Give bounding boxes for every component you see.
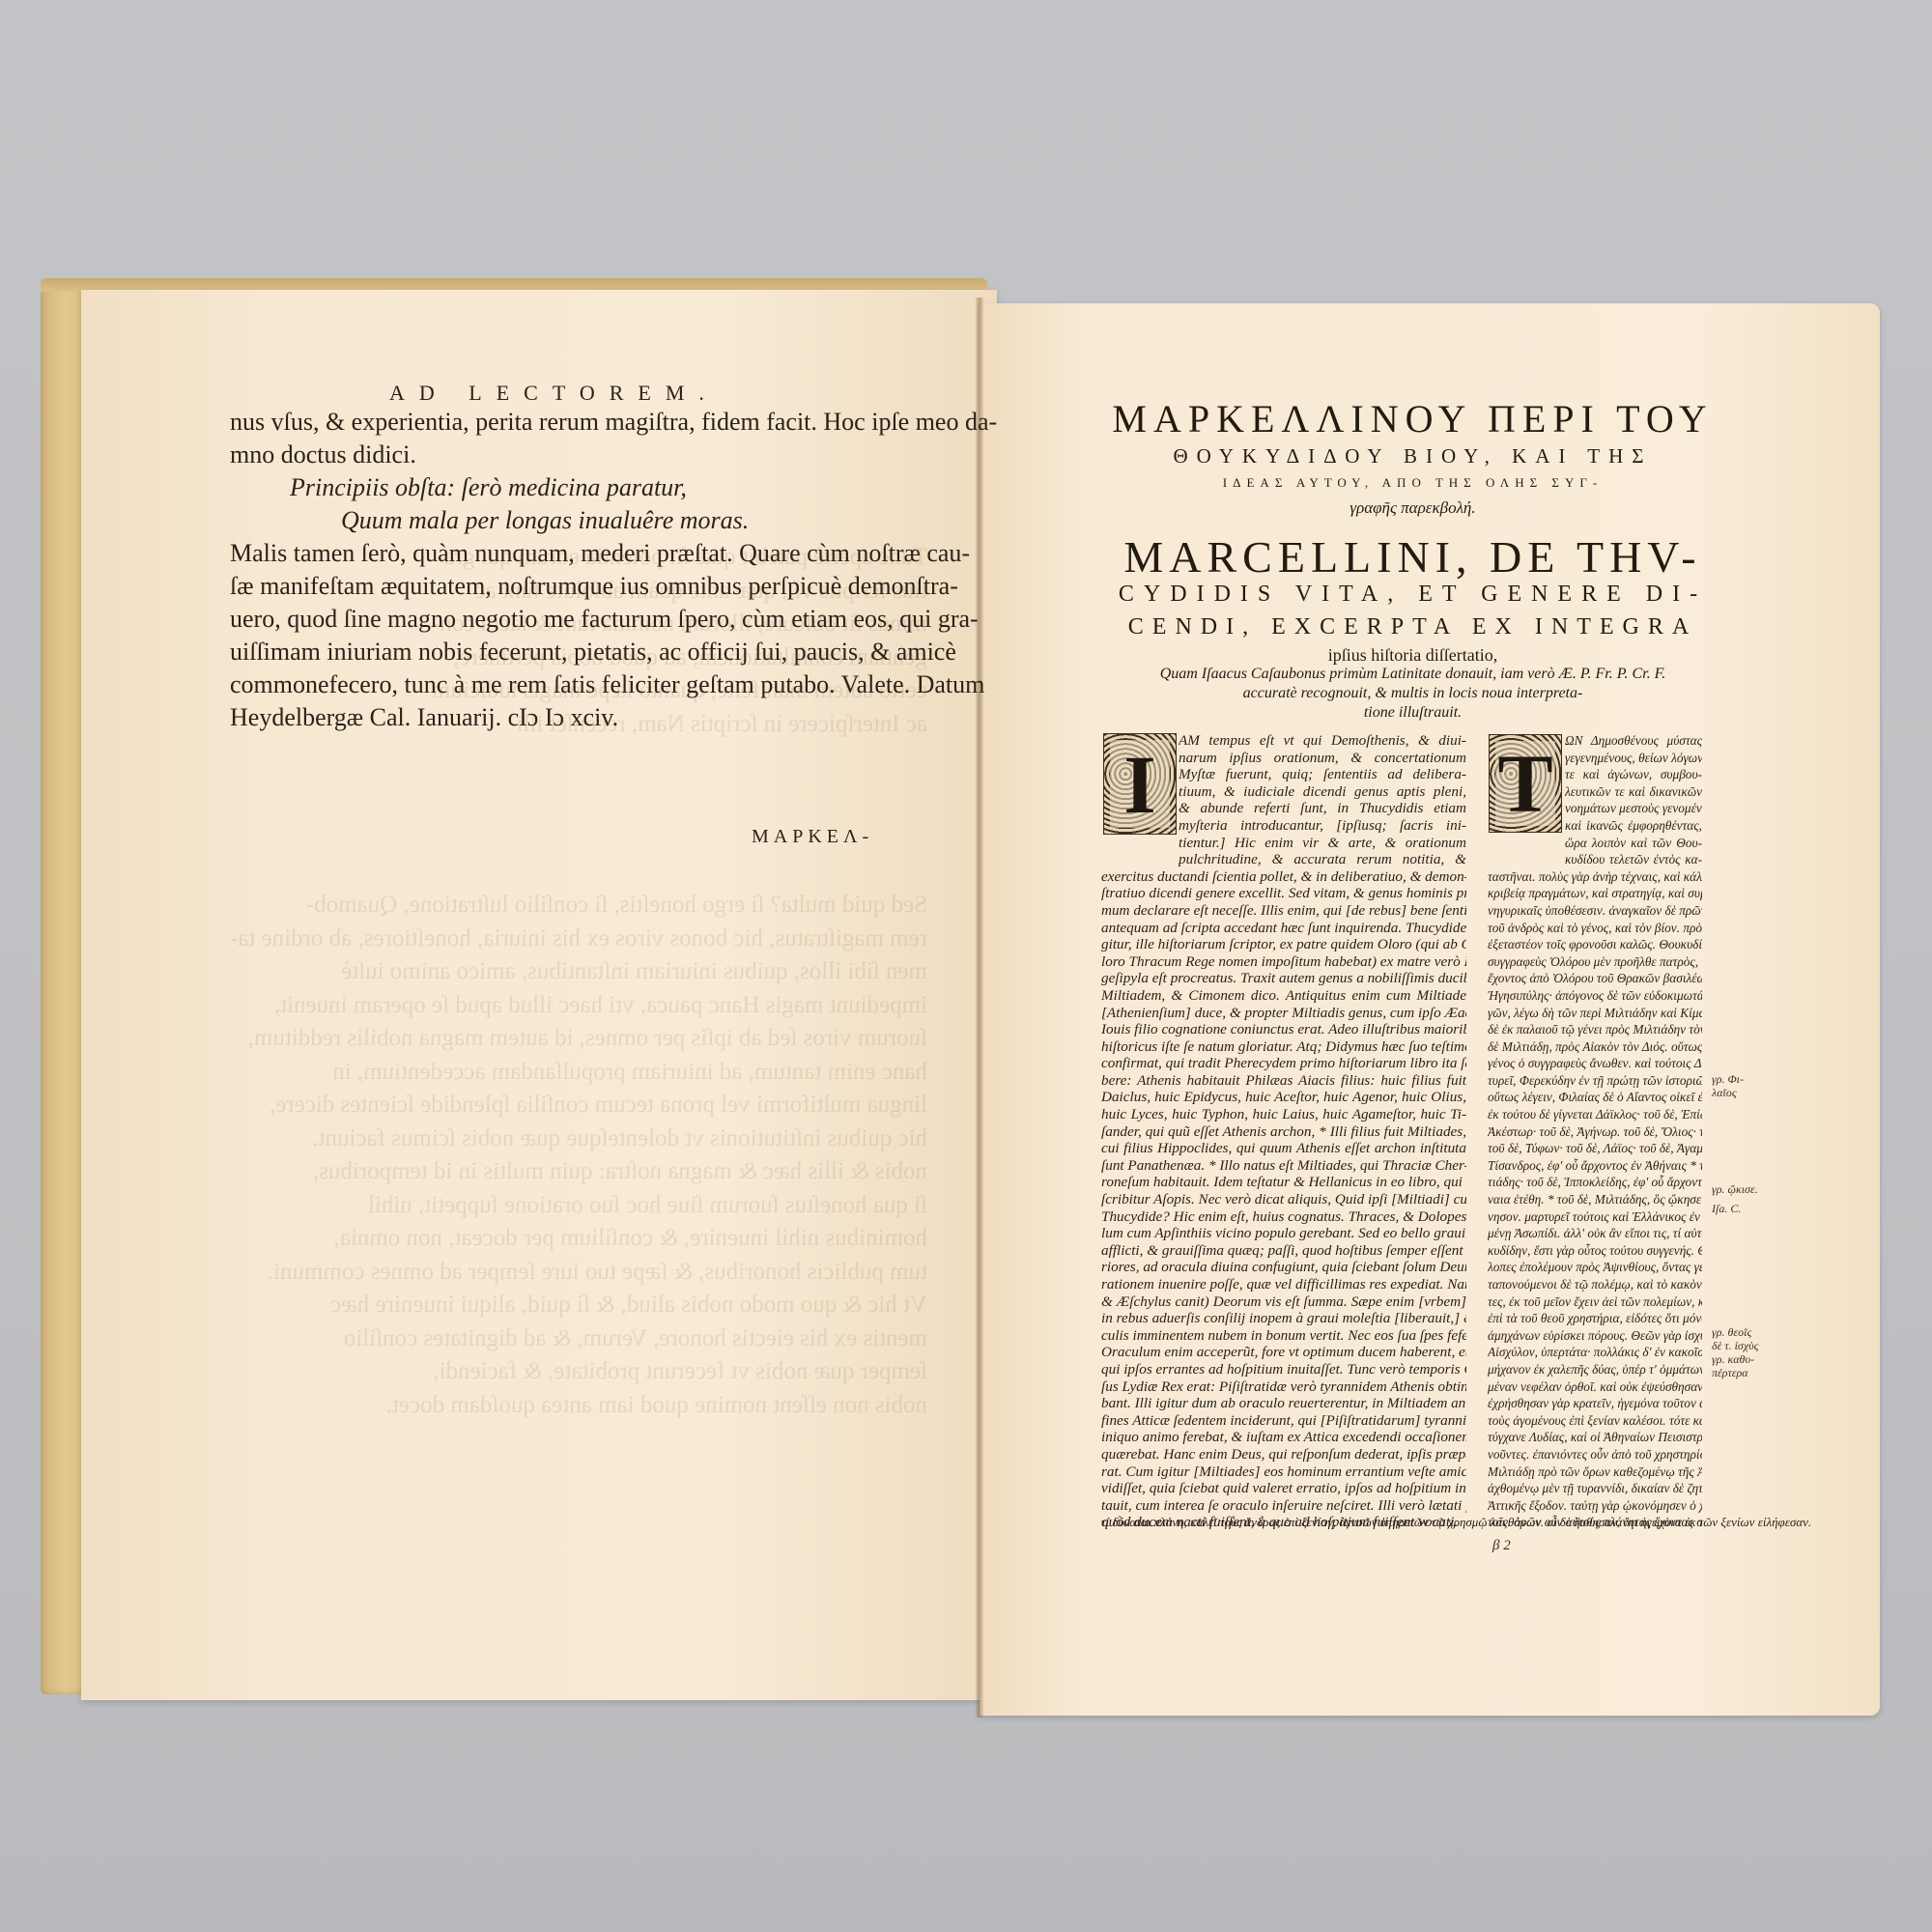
column-line: ſcribitur Aſopis. Nec verò dicat aliquis… [1101, 1191, 1466, 1208]
column-line: τιάδης· τοῦ δὲ, Ἱπποκλείδης, ἐφ' οὗ ἄρχο… [1488, 1174, 1702, 1191]
column-line: ſander, qui quũ eſſet Athenis archon, * … [1101, 1123, 1466, 1141]
column-line: μένῃ Ἀσωπίδι. ἀλλ' οὐκ ἂν εἴποι τις, τί … [1488, 1225, 1702, 1242]
column-line: Thucydide? Hic enim eſt, huius cognatus.… [1101, 1208, 1466, 1226]
column-line: Daiclus, huic Epidycus, huic Aceſtor, hu… [1101, 1089, 1466, 1106]
editor-note-line: tione illuſtrauit. [1111, 703, 1715, 723]
column-line: τοῦ δὲ, Τύφων· τοῦ δὲ, Λάϊος· τοῦ δὲ, Ἀγ… [1488, 1140, 1702, 1157]
greek-title-line-3: ΙΔΕΑΣ ΑΥΤΟΥ, ΑΠΟ ΤΗΣ ΟΛΗΣ ΣΥΓ- [1111, 475, 1715, 491]
column-line: ναια ἐτέθη. * τοῦ δὲ, Μιλτιάδης, ὃς ᾤκησ… [1488, 1191, 1702, 1208]
column-line: δὲ Μιλτιάδῃ, πρὸς Αἰακὸν τὸν Διός. οὕτως… [1488, 1038, 1702, 1056]
column-line: & Æſchylus canit) Deorum vis eſt ſumma. … [1101, 1293, 1466, 1311]
column-line: λοπες ἐπολέμουν πρὸς Ἀψινθίους, ὄντας γε… [1488, 1259, 1702, 1276]
column-line: Iouis filio cognatione coniunctus erat. … [1101, 1021, 1466, 1038]
text-line: Heydelbergæ Cal. Ianuarij. cIɔ Iɔ xciv. [230, 701, 925, 734]
column-line: lum cum Apſinthiis vicino populo gereban… [1101, 1225, 1466, 1242]
editor-note: Quam Iſaacus Caſaubonus primùm Latinitat… [1111, 665, 1715, 723]
signature-mark: β 2 [1492, 1538, 1511, 1554]
column-line: pulchritudine, & accurata rerum notitia,… [1179, 851, 1466, 868]
column-line: Miltiadem, & Cimonem dico. Antiquitus en… [1101, 987, 1466, 1005]
column-line: κριβείᾳ πραγμάτων, καὶ στρατηγίᾳ, καὶ συ… [1488, 885, 1702, 902]
column-line: mum declarare eſt neceſſe. Illis enim, q… [1101, 902, 1466, 920]
text-line: uiſſimam iniuriam nobis fecerunt, pietat… [230, 636, 925, 668]
column-line: roneſum habitauit. Idem teſtatur & Hella… [1101, 1174, 1466, 1191]
book-gutter [976, 298, 983, 1718]
column-line: fines Atticæ ſedentem inciderunt, qui [P… [1101, 1412, 1466, 1430]
column-line: μέναν νεφέλαν ὀρθοῖ. καὶ οὐκ ἐψεύσθησαν … [1488, 1378, 1702, 1396]
column-line: [Athenienſium] duce, & propter Miltiadis… [1101, 1005, 1466, 1022]
column-line: confirmat, qui tradit Pherecydem primo h… [1101, 1055, 1466, 1072]
column-line: vidiſſet, quia ſciebat quid valeret erra… [1101, 1480, 1466, 1497]
column-line: τε καὶ ἀγώνων, συμβου- [1565, 766, 1702, 783]
column-line: τες, ἐκ τοῦ μεῖον ἔχειν ἀεὶ τῶν πολεμίων… [1488, 1293, 1702, 1311]
margin-note: γρ. Φι- λαῖος [1712, 1072, 1744, 1099]
column-line: κυδίδου τελετῶν ἐντὸς κα- [1565, 851, 1702, 868]
column-line: κυδίδην, ἔστι γὰρ οὗτος τούτου συγγενής.… [1488, 1242, 1702, 1260]
column-line: ἐχρήσθησαν γὰρ κρατεῖν, ἡγεμόνα τοῦτον ἂ… [1488, 1395, 1702, 1412]
text-line: uero, quod ſine magno negotio me facturu… [230, 603, 925, 636]
column-line: ὥρα λοιπὸν καὶ τῶν Θου- [1565, 835, 1702, 852]
greek-column: ΩΝ Δημοσθένους μύσταςγεγενημένους, θείων… [1488, 732, 1702, 1531]
editor-note-line: accuratè recognouit, & multis in locis n… [1111, 684, 1715, 703]
column-line: Μιλτιάδῃ πρὸ τῶν ὅρων καθεζομένῳ τῆς Ἀττ… [1488, 1463, 1702, 1481]
column-line: Τίσανδρος, ἐφ' οὗ ἄρχοντος ἐν Ἀθήναις * … [1488, 1157, 1702, 1175]
column-line: νοῦντες. ἐπανιόντες οὖν ἀπὸ τοῦ χρηστηρί… [1488, 1446, 1702, 1463]
column-line: Ἀκέστωρ· τοῦ δὲ, Ἀγήνωρ. τοῦ δὲ, Ὄλιος· … [1488, 1123, 1702, 1141]
column-line: νησον. μαρτυρεῖ τούτοις καὶ Ἑλλάνικος ἐν… [1488, 1208, 1702, 1226]
margin-note: γρ. ᾤκισε. [1712, 1182, 1758, 1196]
text-line: commonefecero, tunc à me rem ſatis felic… [230, 668, 925, 701]
column-line: tauit, cum interea ſe oraculo inſeruire … [1101, 1497, 1466, 1515]
column-line: iniquo animo ferebat, & iuſtam ex Attica… [1101, 1429, 1466, 1446]
text-line: ſæ manifeſtam æquitatem, noſtrumque ius … [230, 570, 925, 603]
column-line: ἀμηχάνων εὑρίσκει πόρους. Θεῶν γὰρ ἰσχὺς… [1488, 1327, 1702, 1345]
editor-note-line: Quam Iſaacus Caſaubonus primùm Latinitat… [1111, 665, 1715, 684]
column-line: quærebat. Hanc enim Deus, qui reſponſum … [1101, 1446, 1466, 1463]
greek-title-line-4: γραφῆς παρεκβολή. [1111, 498, 1715, 518]
column-line: hiſtoricus iſte ſe natum gloriatur. Atq;… [1101, 1038, 1466, 1056]
greek-footline: τί δύναται πλάνη, καλεῖ τοὺς ἄνδρας ἐπὶ … [1101, 1515, 1710, 1530]
column-line: ἀχθομένῳ μὲν τῇ τυραννίδι, δικαίαν δὲ ζη… [1488, 1480, 1702, 1497]
column-line: Ἡγησιπύλης· ἀπόγονος δὲ τῶν εὐδοκιμωτάτω… [1488, 987, 1702, 1005]
show-through-text-lower: Sed quid multa? ſi ergo honeſtis, ſi con… [232, 889, 927, 1507]
column-line: ἐξεταστέον τοῖς φρονοῦσι καλῶς. Θουκυδίδ… [1488, 936, 1702, 953]
column-line: bere: Athenis habitauit Philæas Aiacis f… [1101, 1072, 1466, 1090]
latin-title-line-2: CYDIDIS VITA, ET GENERE DI- [1111, 582, 1715, 608]
column-line: cui filius Hippoclides, qui quum Athenis… [1101, 1140, 1466, 1157]
column-line: τύγχανε Λυδίας, καὶ οἱ Ἀθηναίων Πεισιστρ… [1488, 1429, 1702, 1446]
greek-title-line-2: ΘΟΥΚΥΔΙΔΟΥ ΒΙΟΥ, ΚΑΙ ΤΗΣ [1111, 444, 1715, 469]
column-line: ſtratiuo dicendi genere excellit. Sed vi… [1101, 885, 1466, 902]
left-page-text: nus vſus, & experientia, perita rerum ma… [230, 406, 925, 734]
column-line: afflicti, & grauiſſima quæq; paſſi, quod… [1101, 1242, 1466, 1260]
column-line: μήχανον ἐκ χαλεπῆς δύας, ὑπέρ τ' ὀμμάτων… [1488, 1361, 1702, 1378]
column-line: λευτικῶν τε καὶ δικανικῶν [1565, 783, 1702, 801]
column-line: Oraculum enim acceperũt, fore vt optimum… [1101, 1344, 1466, 1361]
latin-title-line-4: ipſius hiſtoria diſſertatio, [1111, 645, 1715, 666]
column-line: συγγραφεὺς Ὀλόρου μὲν προῆλθε πατρὸς, τὴ… [1488, 953, 1702, 971]
column-line: δὲ ἐκ παλαιοῦ τῷ γένει πρὸς Μιλτιάδην τὸ… [1488, 1021, 1702, 1038]
column-line: ſus Lydiæ Rex erat: Piſiſtratidæ verò ty… [1101, 1378, 1466, 1396]
column-line: τοῦ ἀνδρὸς καὶ τὸ γένος, καὶ τὸν βίον. π… [1488, 920, 1702, 937]
column-line: γεγενημένους, θείων λόγων [1565, 750, 1702, 767]
column-line: ſunt Panathenæa. * Illo natus eſt Miltia… [1101, 1157, 1466, 1175]
column-line: Myſtæ fuerunt, quiq; ſententiis ad delib… [1179, 766, 1466, 783]
column-line: riores, ad oracula diuina confugiunt, qu… [1101, 1259, 1466, 1276]
column-line: myſteria introducantur, [ipſiusq; ſacris… [1179, 817, 1466, 835]
latin-title-line-1: MARCELLINI, DE THV- [1111, 531, 1715, 582]
latin-title-line-3: CENDI, EXCERPTA EX INTEGRA [1111, 614, 1715, 640]
column-line: ταστῆναι. πολὺς γὰρ ἀνὴρ τέχναις, καὶ κά… [1488, 868, 1702, 886]
margin-note: Iſa. C. [1712, 1202, 1741, 1215]
column-line: ἐκ τούτου δὲ γίγνεται Δάϊκλος· τοῦ δὲ, Ἐ… [1488, 1106, 1702, 1123]
running-head: AD LECTOREM. [389, 381, 719, 406]
text-line: nus vſus, & experientia, perita rerum ma… [230, 406, 925, 439]
column-line: loro Thracum Rege nomen impoſitum habeba… [1101, 953, 1466, 971]
column-line: tiuum, & iudiciale dicendi genus aptis p… [1179, 783, 1466, 801]
column-line: culis imminentem nubem in bonum vertit. … [1101, 1327, 1466, 1345]
column-line: antequam ad ſcripta accedant hæc ſunt in… [1101, 920, 1466, 937]
column-line: qui ipſos errantes ad hoſpitium inuitaſſ… [1101, 1361, 1466, 1378]
column-line: narum ipſius orationum, & concertationum [1179, 750, 1466, 767]
column-line: γένος ὁ συγγραφεὺς ἄνωθεν. καὶ τούτοις Δ… [1488, 1055, 1702, 1072]
text-line: Malis tamen ſerò, quàm nunquam, mederi p… [230, 537, 925, 570]
text-line: mno doctus didici. [230, 439, 925, 471]
verse-line: Quum mala per longas inualuêre moras. [341, 504, 925, 537]
column-line: rationem inuenire poſſe, quæ vel diffici… [1101, 1276, 1466, 1293]
column-line: bant. Illi igitur dum ab oraculo reuerte… [1101, 1395, 1466, 1412]
column-line: AM tempus eſt vt qui Demoſthenis, & diui… [1179, 732, 1466, 750]
column-line: Ἀττικῆς ἔξοδον. ταύτῃ γὰρ ᾠκονόμησεν ὁ χ… [1488, 1497, 1702, 1515]
column-line: geſipyla eſt procreatus. Traxit autem ge… [1101, 970, 1466, 987]
column-line: γῶν, λέγω δὴ τῶν περὶ Μιλτιάδην καὶ Κίμω… [1488, 1005, 1702, 1022]
column-line: tientur.] Hic enim vir & arte, & oration… [1179, 835, 1466, 852]
column-line: & abunde referti ſunt, in Thucydidis eti… [1179, 800, 1466, 817]
margin-note: γρ. θεοῖς δὲ τ. ἰσχὺς γρ. καθυ- πέρτερα [1712, 1325, 1759, 1379]
column-line: νοημάτων μεστοὺς γενομένους, [1565, 800, 1702, 817]
column-line: τοὺς ἀγομένους ἐπὶ ξενίαν καλέσοι. τότε … [1488, 1412, 1702, 1430]
column-line: exercitus ductandi ſcientia pollet, & in… [1101, 868, 1466, 886]
column-line: rat. Cum igitur [Miltiades] eos hominum … [1101, 1463, 1466, 1481]
column-line: ἐπὶ τὰ τοῦ θεοῦ χρηστήρια, εἰδότες ὅτι μ… [1488, 1310, 1702, 1327]
column-line: ἔχοντος ἀπὸ Ὀλόρου τοῦ Θρακῶν βασιλέως, … [1488, 970, 1702, 987]
column-line: οὕτως λέγειν, Φιλαίας δὲ ὁ Αἴαντος οἰκεῖ… [1488, 1089, 1702, 1106]
column-line: Αἰσχύλον, ὑπερτάτα· πολλάκις δ' ἐν κακοῖ… [1488, 1344, 1702, 1361]
column-line: in rebus aduerſis conſilij inopem à grau… [1101, 1310, 1466, 1327]
column-line: huic Lyces, huic Typhon, huic Laius, hui… [1101, 1106, 1466, 1123]
column-line: καὶ ἱκανῶς ἐμφορηθέντας, [1565, 817, 1702, 835]
latin-column: AM tempus eſt vt qui Demoſthenis, & diui… [1101, 732, 1466, 1531]
verse-line: Principiis obſta: ſerò medicina paratur, [290, 471, 925, 504]
column-line: τυρεῖ, Φερεκύδην ἐν τῇ πρώτῃ τῶν ἱστοριῶ… [1488, 1072, 1702, 1090]
column-line: ΩΝ Δημοσθένους μύστας [1565, 732, 1702, 750]
column-line: gitur, ille hiſtoriarum ſcriptor, ex pat… [1101, 936, 1466, 953]
column-line: ταπονούμενοι δὲ τῷ πολέμῳ, καὶ τὸ κακὸν … [1488, 1276, 1702, 1293]
column-line: νηγυρικαῖς ὑποθέσεσιν. ἀναγκαῖον δὲ πρῶτ… [1488, 902, 1702, 920]
catchword: ΜΑΡΚΕΛ- [752, 826, 873, 848]
greek-title-line-1: ΜΑΡΚΕΛΛΙΝΟΥ ΠΕΡΙ ΤΟΥ [1111, 396, 1715, 441]
